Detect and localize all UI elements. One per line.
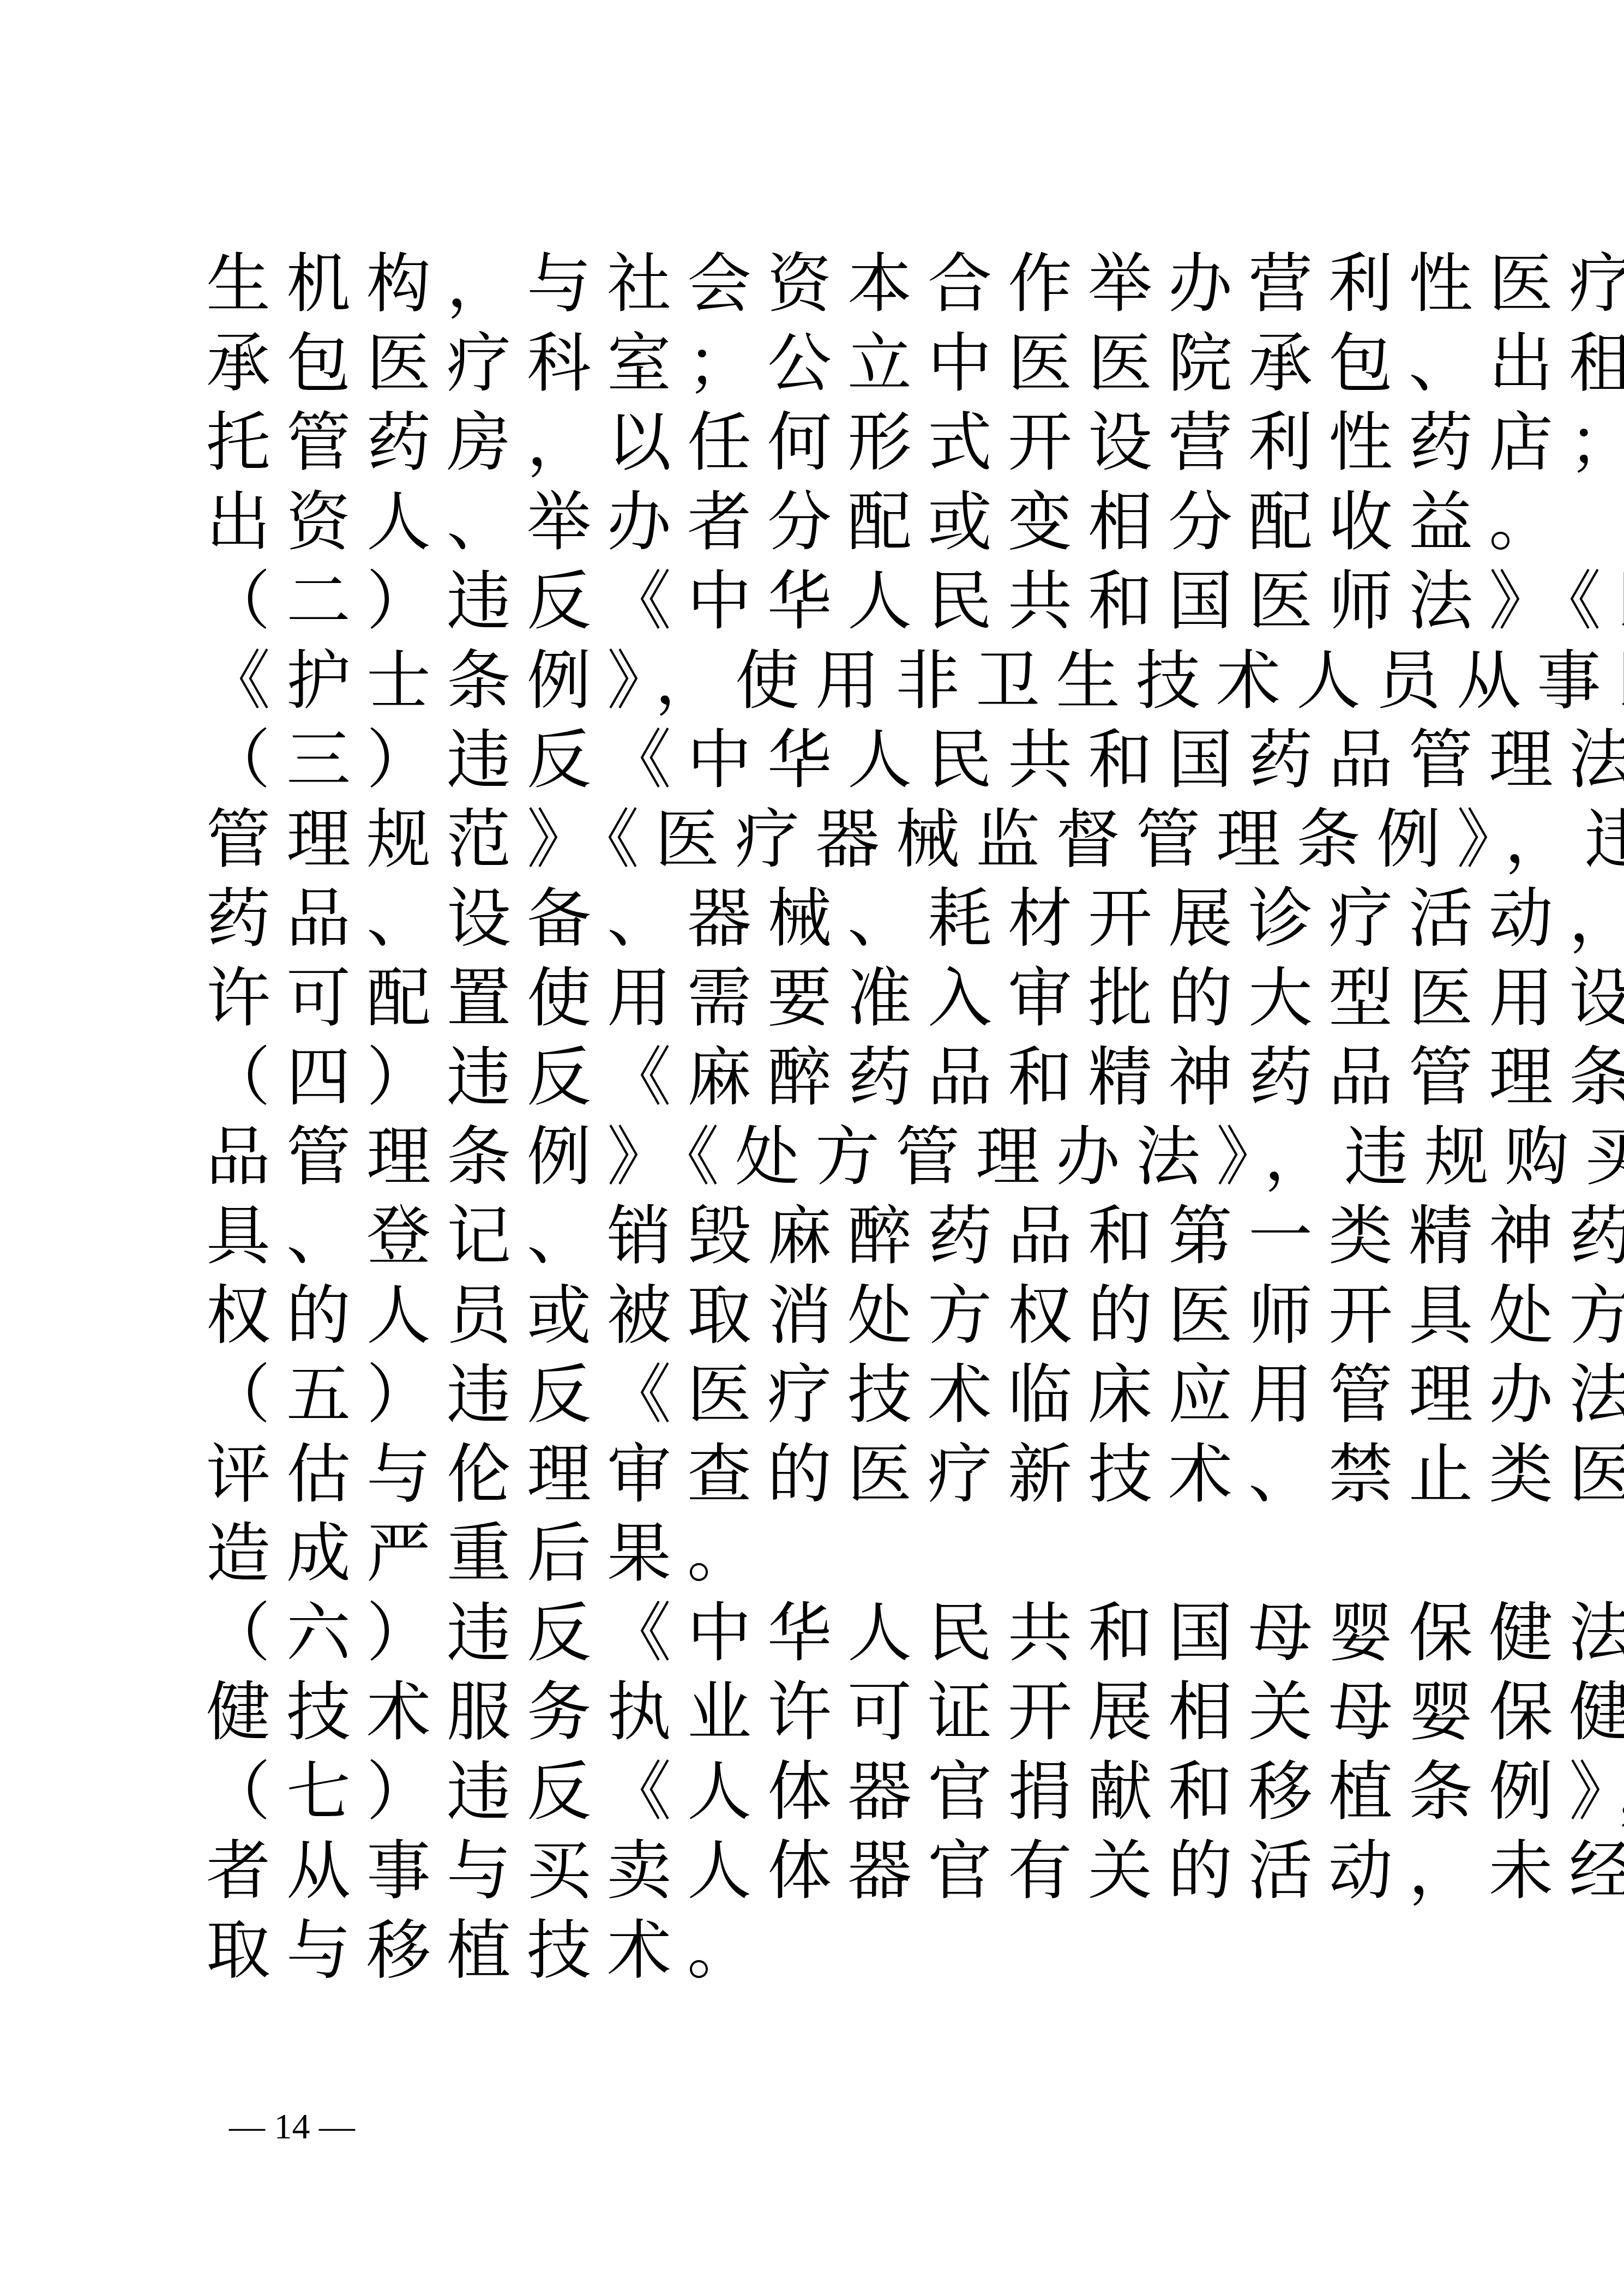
paragraph-item-7: （七）违反《人体器官捐献和移植条例》，买卖人体器官或 者从事与买卖人体器官有关的…	[206, 1752, 1428, 1991]
text-line: 评估与伦理审查的医疗新技术、禁止类医疗技术应用于临床，	[206, 1435, 1428, 1514]
body-text: 生机构，与社会资本合作举办营利性医疗卫生机构；对外出租、 承包医疗科室；公立中医…	[206, 244, 1428, 1990]
paragraph-item-5: （五）违反《医疗技术临床应用管理办法》，将未通过技术 评估与伦理审查的医疗新技术…	[206, 1355, 1428, 1594]
text-line: 者从事与买卖人体器官有关的活动，未经许可开展人体器官获	[206, 1831, 1428, 1911]
text-line: （四）违反《麻醉药品和精神药品管理条例》《易制毒化学	[206, 1038, 1428, 1117]
text-line: 具、登记、销毁麻醉药品和第一类精神药品，使用未取得处方	[206, 1197, 1428, 1276]
page-number: — 14 —	[229, 2105, 355, 2149]
text-line: 健技术服务执业许可证开展相关母婴保健技术。	[206, 1673, 1428, 1752]
text-line: （七）违反《人体器官捐献和移植条例》，买卖人体器官或	[206, 1752, 1428, 1832]
text-line: 药品、设备、器械、耗材开展诊疗活动，造成严重后果；未经	[206, 879, 1428, 959]
text-line: 承包医疗科室；公立中医医院承包、出租药房，向营利性企业	[206, 324, 1428, 404]
text-line: 生机构，与社会资本合作举办营利性医疗卫生机构；对外出租、	[206, 244, 1428, 324]
text-line: 造成严重后果。	[206, 1514, 1428, 1594]
text-line: 权的人员或被取消处方权的医师开具处方，造成严重后果。	[206, 1276, 1428, 1356]
text-line: （五）违反《医疗技术临床应用管理办法》，将未通过技术	[206, 1355, 1428, 1435]
paragraph-item-4: （四）违反《麻醉药品和精神药品管理条例》《易制毒化学 品管理条例》《处方管理办法…	[206, 1038, 1428, 1355]
text-line: （三）违反《中华人民共和国药品管理法》《医院中药饮片	[206, 720, 1428, 800]
paragraph-item-6: （六）违反《中华人民共和国母婴保健法》，未取得母婴保 健技术服务执业许可证开展相…	[206, 1594, 1428, 1752]
text-line: 许可配置使用需要准入审批的大型医用设备。	[206, 959, 1428, 1038]
text-line: 管理规范》《医疗器械监督管理条例》，违法违规采购或使用	[206, 800, 1428, 880]
paragraph-item-3: （三）违反《中华人民共和国药品管理法》《医院中药饮片 管理规范》《医疗器械监督管…	[206, 720, 1428, 1038]
text-line: 品管理条例》《处方管理办法》，违规购买、储存、调剂、开	[206, 1117, 1428, 1197]
text-line: （六）违反《中华人民共和国母婴保健法》，未取得母婴保	[206, 1594, 1428, 1673]
text-line: 《护士条例》，使用非卫生技术人员从事医疗卫生技术工作。	[206, 641, 1428, 721]
text-line: （二）违反《中华人民共和国医师法》《医疗机构管理条例》	[206, 562, 1428, 641]
paragraph-item-2: （二）违反《中华人民共和国医师法》《医疗机构管理条例》 《护士条例》，使用非卫生…	[206, 562, 1428, 720]
paragraph-continuation: 生机构，与社会资本合作举办营利性医疗卫生机构；对外出租、 承包医疗科室；公立中医…	[206, 244, 1428, 562]
text-line: 出资人、举办者分配或变相分配收益。	[206, 483, 1428, 562]
text-line: 托管药房，以任何形式开设营利性药店；非营利性中医医院向	[206, 403, 1428, 483]
text-line: 取与移植技术。	[206, 1911, 1428, 1991]
document-page: 生机构，与社会资本合作举办营利性医疗卫生机构；对外出租、 承包医疗科室；公立中医…	[0, 0, 1624, 2296]
